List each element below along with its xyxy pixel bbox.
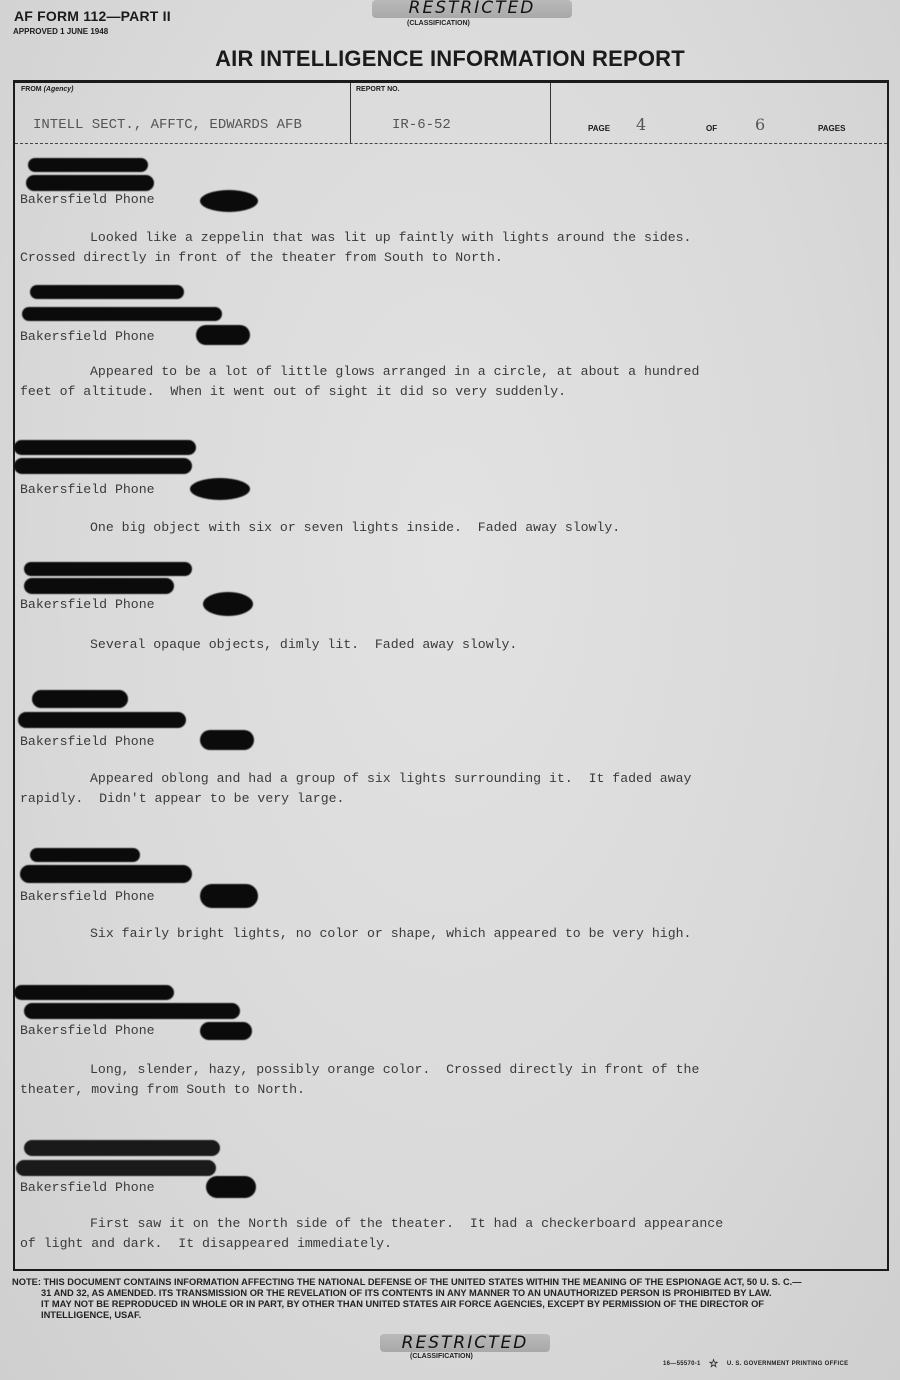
- star-icon: ☆: [709, 1358, 719, 1370]
- entry-description: One big object with six or seven lights …: [20, 518, 880, 538]
- redaction-bar: [22, 307, 222, 321]
- print-code: 16—55570-1: [663, 1361, 701, 1367]
- printer-name: U. S. GOVERNMENT PRINTING OFFICE: [727, 1361, 849, 1367]
- note-line: NOTE: THIS DOCUMENT CONTAINS INFORMATION…: [12, 1277, 892, 1288]
- report-header: FROM (Agency) INTELL SECT., AFFTC, EDWAR…: [15, 83, 887, 144]
- redaction-bar: [14, 440, 196, 455]
- redaction-bar: [14, 458, 192, 474]
- note-line: 31 AND 32, AS AMENDED. ITS TRANSMISSION …: [12, 1288, 892, 1299]
- from-label: FROM (Agency): [21, 86, 74, 93]
- redaction-bar: [26, 175, 154, 191]
- redaction-bar: [14, 985, 174, 1000]
- redaction-bar: [30, 848, 140, 862]
- form-approved-date: APPROVED 1 JUNE 1948: [13, 27, 108, 36]
- entry-description: Long, slender, hazy, possibly orange col…: [20, 1060, 880, 1100]
- pages-label: PAGES: [818, 124, 845, 133]
- redaction-blot: [203, 592, 253, 616]
- entry-location: Bakersfield Phone: [20, 480, 880, 500]
- classification-label-bottom: (CLASSIFICATION): [410, 1353, 473, 1360]
- redaction-blot: [200, 884, 258, 908]
- note-line: INTELLIGENCE, USAF.: [12, 1310, 892, 1321]
- entry-location: Bakersfield Phone: [20, 732, 880, 752]
- entry-location: Bakersfield Phone: [20, 887, 880, 907]
- entry-description: Six fairly bright lights, no color or sh…: [20, 924, 880, 944]
- report-no-label: REPORT NO.: [356, 86, 400, 93]
- page-number: 4: [636, 115, 646, 134]
- redaction-bar: [24, 1140, 220, 1156]
- entry-location: Bakersfield Phone: [20, 1021, 880, 1041]
- redaction-bar: [24, 1003, 240, 1019]
- form-id: AF FORM 112—PART II: [14, 8, 171, 24]
- redaction-blot: [206, 1176, 256, 1198]
- redaction-bar: [30, 285, 184, 299]
- report-no-value: IR-6-52: [392, 117, 451, 133]
- page-title: AIR INTELLIGENCE INFORMATION REPORT: [0, 46, 900, 72]
- redaction-blot: [196, 325, 250, 345]
- from-cell: FROM (Agency) INTELL SECT., AFFTC, EDWAR…: [15, 83, 351, 143]
- entry-description: Appeared oblong and had a group of six l…: [20, 769, 880, 809]
- redaction-bar: [24, 562, 192, 576]
- printing-info: 16—55570-1 ☆ U. S. GOVERNMENT PRINTING O…: [663, 1357, 848, 1370]
- redaction-bar: [24, 578, 174, 594]
- redaction-bar: [16, 1160, 216, 1176]
- redaction-blot: [190, 478, 250, 500]
- classification-stamp-top: RESTRICTED: [372, 0, 572, 18]
- redaction-bar: [28, 158, 148, 172]
- redaction-bar: [20, 865, 192, 883]
- entry-description: Several opaque objects, dimly lit. Faded…: [20, 635, 880, 655]
- from-value: INTELL SECT., AFFTC, EDWARDS AFB: [33, 117, 302, 133]
- redaction-blot: [200, 190, 258, 212]
- redaction-blot: [200, 1022, 252, 1040]
- of-label: OF: [706, 124, 717, 133]
- page-label: PAGE: [588, 124, 610, 133]
- entry-location: Bakersfield Phone: [20, 595, 880, 615]
- security-note: NOTE: THIS DOCUMENT CONTAINS INFORMATION…: [12, 1277, 892, 1321]
- document-page: AF FORM 112—PART II APPROVED 1 JUNE 1948…: [0, 0, 900, 1380]
- entry-description: First saw it on the North side of the th…: [20, 1214, 880, 1254]
- entry-description: Looked like a zeppelin that was lit up f…: [20, 228, 880, 268]
- entry-location: Bakersfield Phone: [20, 327, 880, 347]
- report-no-cell: REPORT NO. IR-6-52: [350, 83, 551, 143]
- page-total: 6: [755, 115, 765, 134]
- entry-location: Bakersfield Phone: [20, 1178, 880, 1198]
- entry-description: Appeared to be a lot of little glows arr…: [20, 362, 880, 402]
- note-line: IT MAY NOT BE REPRODUCED IN WHOLE OR IN …: [12, 1299, 892, 1310]
- entry-location: Bakersfield Phone: [20, 190, 880, 210]
- page-cell: PAGE 4 OF 6 PAGES: [550, 83, 887, 143]
- classification-stamp-bottom: RESTRICTED: [380, 1334, 550, 1352]
- redaction-bar: [18, 712, 186, 728]
- redaction-bar: [32, 690, 128, 708]
- redaction-blot: [200, 730, 254, 750]
- classification-label-top: (CLASSIFICATION): [407, 20, 470, 27]
